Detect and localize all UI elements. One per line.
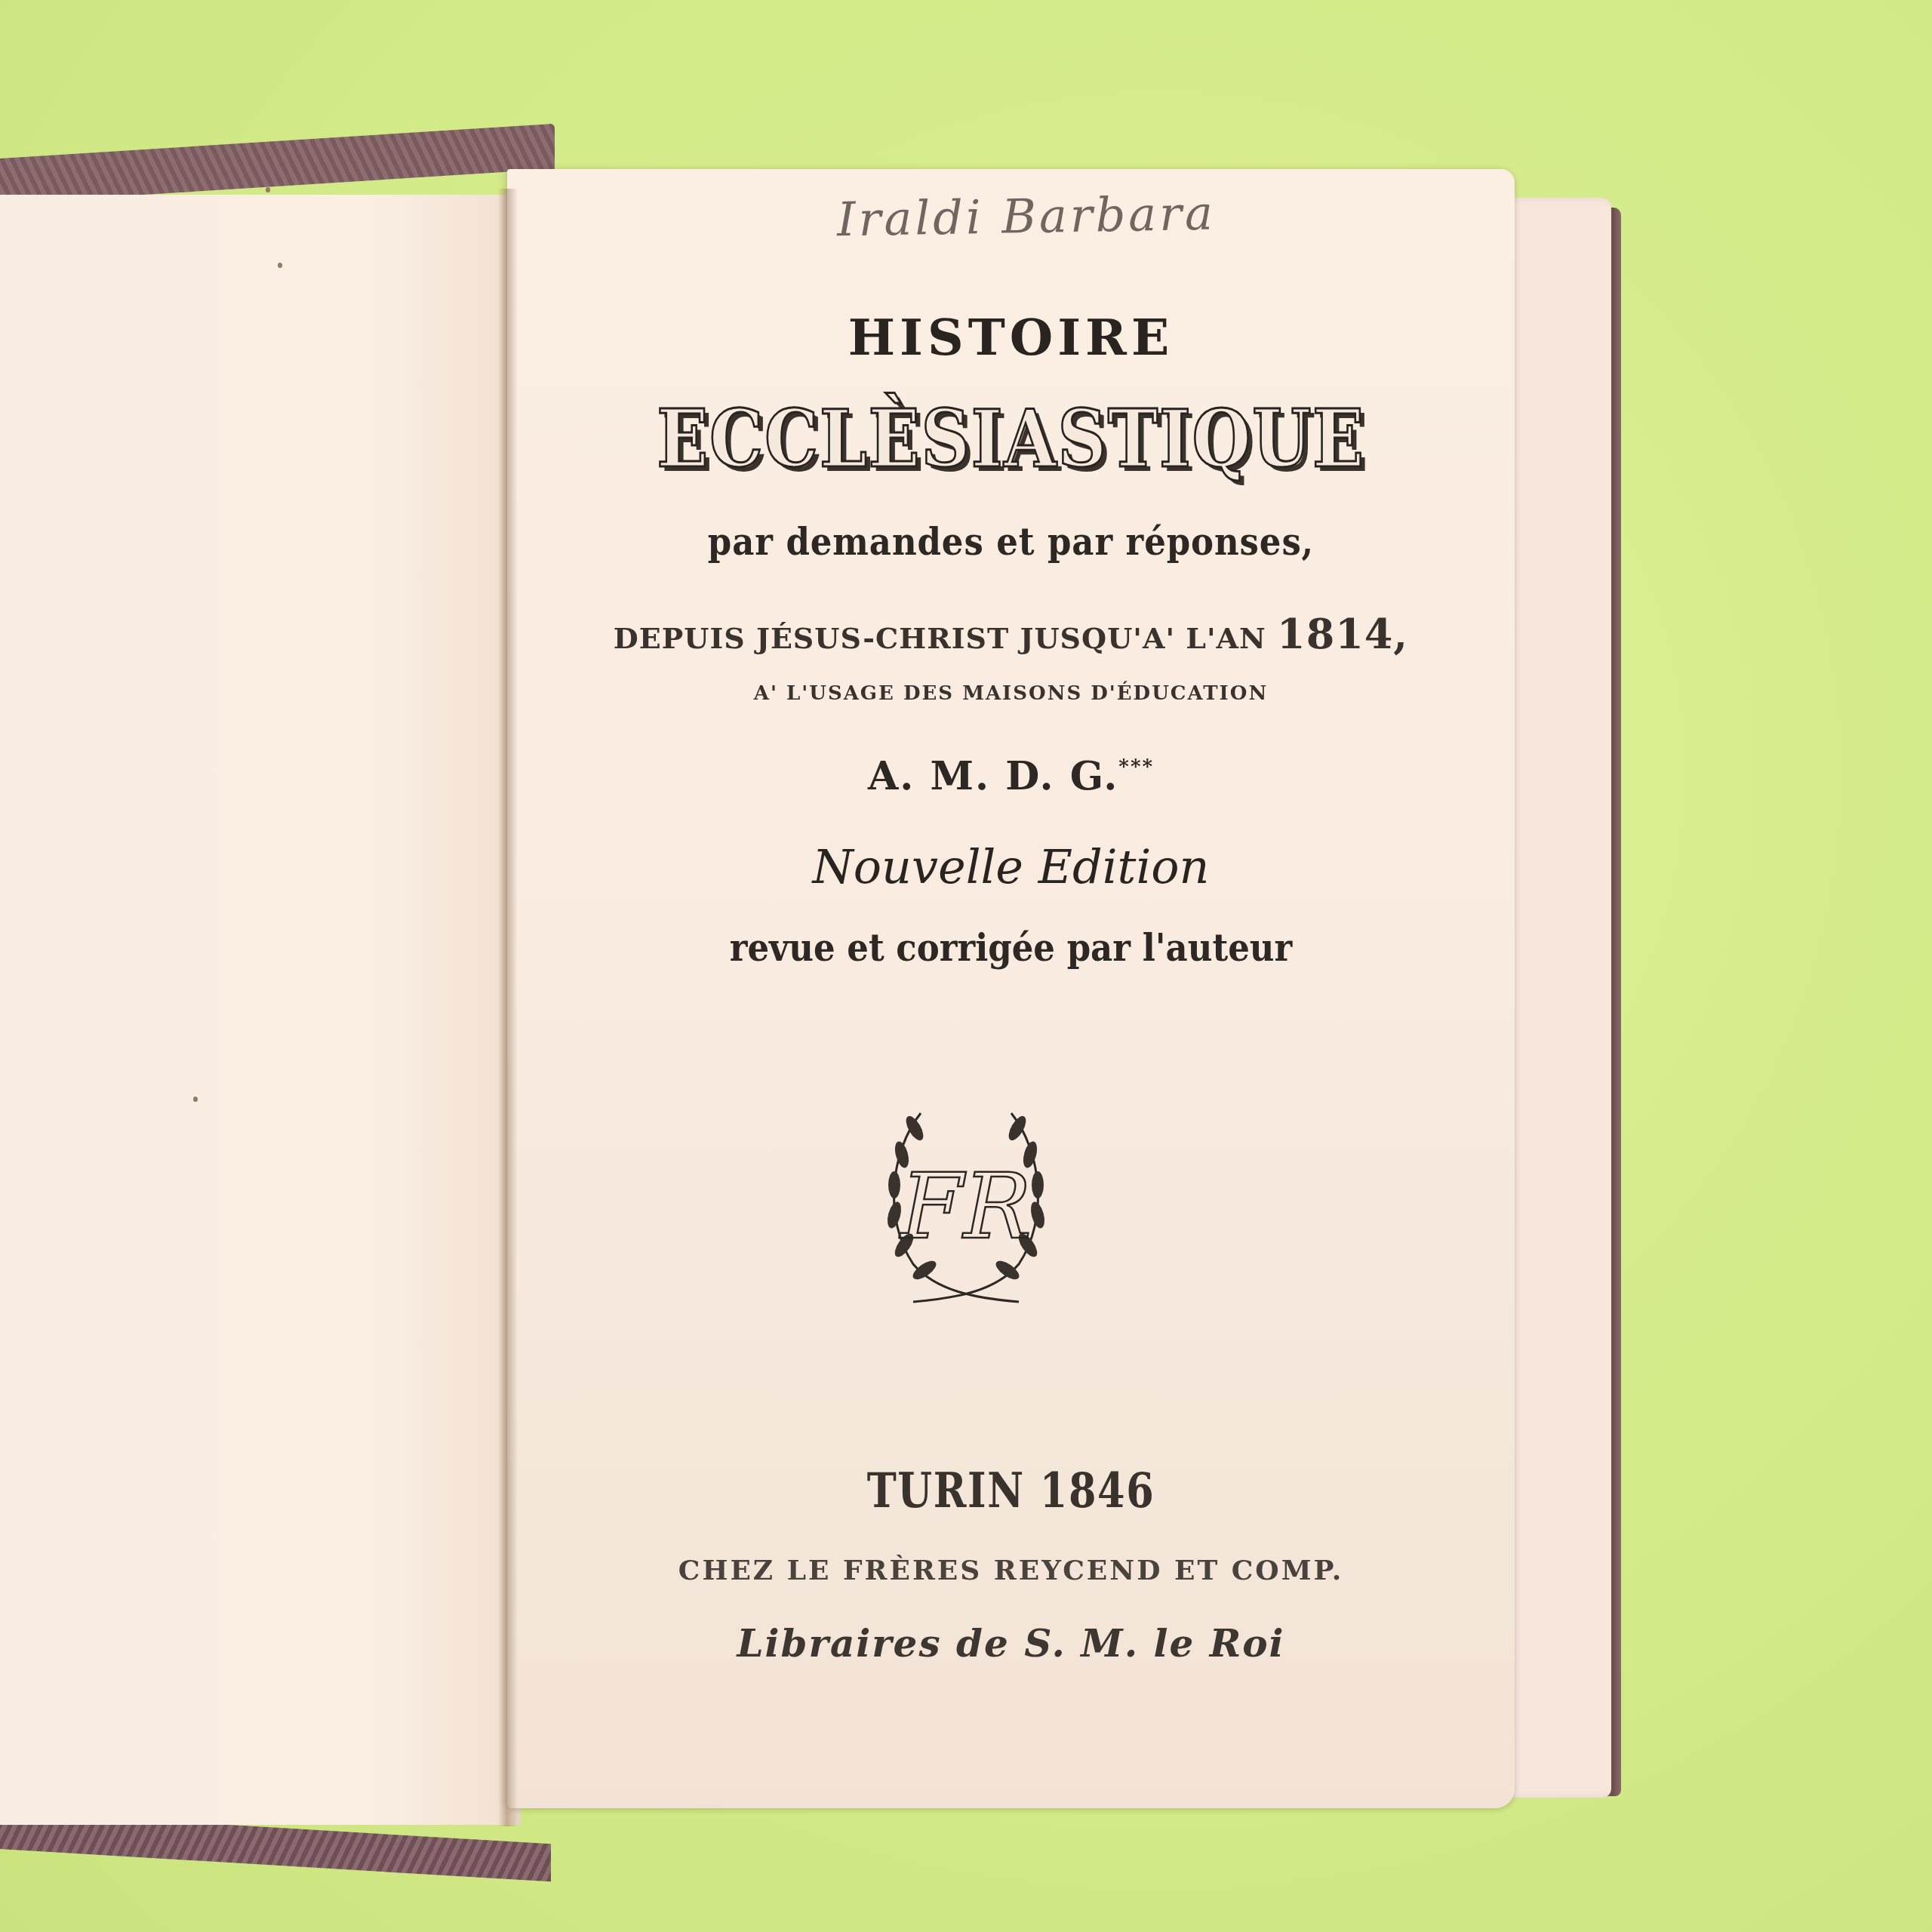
foxing-spot bbox=[278, 263, 282, 268]
imprint-place-year: TURIN 1846 bbox=[598, 1463, 1424, 1519]
author-initials: A. M. D. G. bbox=[868, 753, 1118, 799]
publisher-line: CHEZ LE FRÈRES REYCEND ET COMP. bbox=[507, 1555, 1515, 1586]
foxing-spot bbox=[266, 187, 270, 192]
left-blank-page bbox=[0, 195, 521, 1825]
publisher-title-line: Libraires de S. M. le Roi bbox=[507, 1621, 1515, 1666]
author-line: A. M. D. G.*** bbox=[507, 753, 1515, 799]
laurel-wreath-icon: FR bbox=[868, 1098, 1064, 1309]
title-line-2: ECCLÈSIASTIQUE bbox=[577, 392, 1444, 485]
fr-monogram-emblem: FR bbox=[868, 1098, 1064, 1309]
period-line: DEPUIS JÉSUS-CHRIST JUSQU'A' L'AN 1814, bbox=[507, 610, 1515, 658]
title-line-1: HISTOIRE bbox=[507, 308, 1515, 367]
foxing-spot bbox=[193, 1097, 198, 1102]
subtitle: par demandes et par réponses, bbox=[558, 519, 1465, 564]
period-year: 1814, bbox=[1277, 610, 1408, 658]
monogram-text: FR bbox=[899, 1155, 1032, 1260]
author-mark: *** bbox=[1118, 755, 1154, 778]
period-text: DEPUIS JÉSUS-CHRIST JUSQU'A' L'AN bbox=[614, 621, 1266, 655]
revision-line: revue et corrigée par l'auteur bbox=[558, 925, 1465, 970]
edition-line: Nouvelle Edition bbox=[507, 839, 1515, 894]
handwritten-owner-inscription: Iraldi Barbara bbox=[754, 184, 1298, 249]
audience-line: A' L'USAGE DES MAISONS D'ÉDUCATION bbox=[507, 682, 1515, 705]
